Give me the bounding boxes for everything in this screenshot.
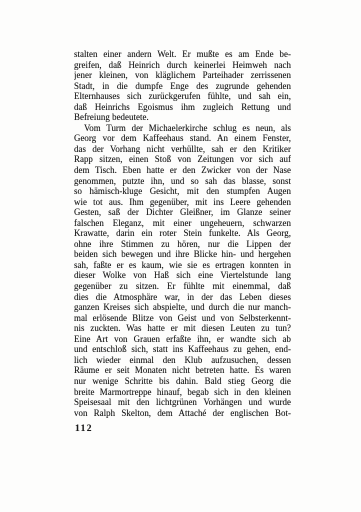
text-line: Speisesaal mit den lichtgrünen Vorhängen… [74,397,291,408]
text-block: stalten einer andern Welt. Er mußte es a… [74,49,291,418]
book-page: stalten einer andern Welt. Er mußte es a… [0,0,361,512]
text-line: dem Tisch. Eben hatte er den Zwicker von… [74,165,291,176]
text-line: ohne ihre Stimmen zu hören, nur die Lipp… [74,239,291,250]
text-line: stalten einer andern Welt. Er mußte es a… [74,49,291,60]
text-line: falschen Eleganz, mit einer ungeheuern, … [74,218,291,229]
text-line: beiden sich bewegen und ihre Blicke hin-… [74,249,291,260]
text-line: Befreiung bedeutete. [74,112,291,123]
text-line: daß Heinrichs Egoismus ihm zugleich Rett… [74,102,291,113]
text-line: das der Vorhang nicht verhüllte, sah er … [74,144,291,155]
text-line: nis zuckten. Was hatte er mit diesen Leu… [74,323,291,334]
text-line: nur wenige Schritte bis dahin. Bald stie… [74,376,291,387]
text-line: wie tot aus. Ihm gegenüber, mit ins Leer… [74,197,291,208]
text-line: Rapp sitzen, einen Stoß von Zeitungen vo… [74,154,291,165]
paragraph: Vom Turm der Michaelerkirche schlug es n… [74,123,291,418]
text-line: ganzen Kreises sich abspielte, und durch… [74,302,291,313]
text-line: Vom Turm der Michaelerkirche schlug es n… [74,123,291,134]
text-line: jener kleinen, von kläglichem Parteihade… [74,70,291,81]
text-line: von Ralph Skelton, dem Attaché der engli… [74,408,291,419]
text-line: lich wieder einmal den Klub aufzusuchen,… [74,355,291,366]
text-line: Eine Art von Grauen erfaßte ihn, er wand… [74,334,291,345]
text-line: sah, faßte er es kaum, wie sie es ertrag… [74,260,291,271]
text-line: Räume er seit Monaten nicht betreten hat… [74,365,291,376]
text-line: gegenüber zu sitzen. Er fühlte mit einem… [74,281,291,292]
page-number: 112 [75,424,93,434]
text-line: greifen, daß Heinrich durch keinerlei He… [74,60,291,71]
text-line: Krawatte, darin ein roter Stein funkelte… [74,228,291,239]
text-line: dieser Wolke von Haß sich eine Viertelst… [74,270,291,281]
text-line: und entschloß sich, statt ins Kaffeehaus… [74,344,291,355]
text-line: so hämisch-kluge Gesicht, mit den stumpf… [74,186,291,197]
paragraph: stalten einer andern Welt. Er mußte es a… [74,49,291,123]
text-line: breite Marmortreppe hinauf, begab sich i… [74,387,291,398]
text-line: dies die Atmosphäre war, in der das Lebe… [74,292,291,303]
text-line: mal erlösende Blitze von Geist und von S… [74,313,291,324]
text-line: Elternhauses sich zurückgerufen fühlte, … [74,91,291,102]
text-line: Stadt, in die dumpfe Enge des zugrunde g… [74,81,291,92]
text-line: genommen, putzte ihn, und so sah das bla… [74,176,291,187]
text-line: Gesten, saß der Dichter Gleißner, im Gla… [74,207,291,218]
text-line: Georg vor dem Kaffeehaus stand. An einem… [74,133,291,144]
